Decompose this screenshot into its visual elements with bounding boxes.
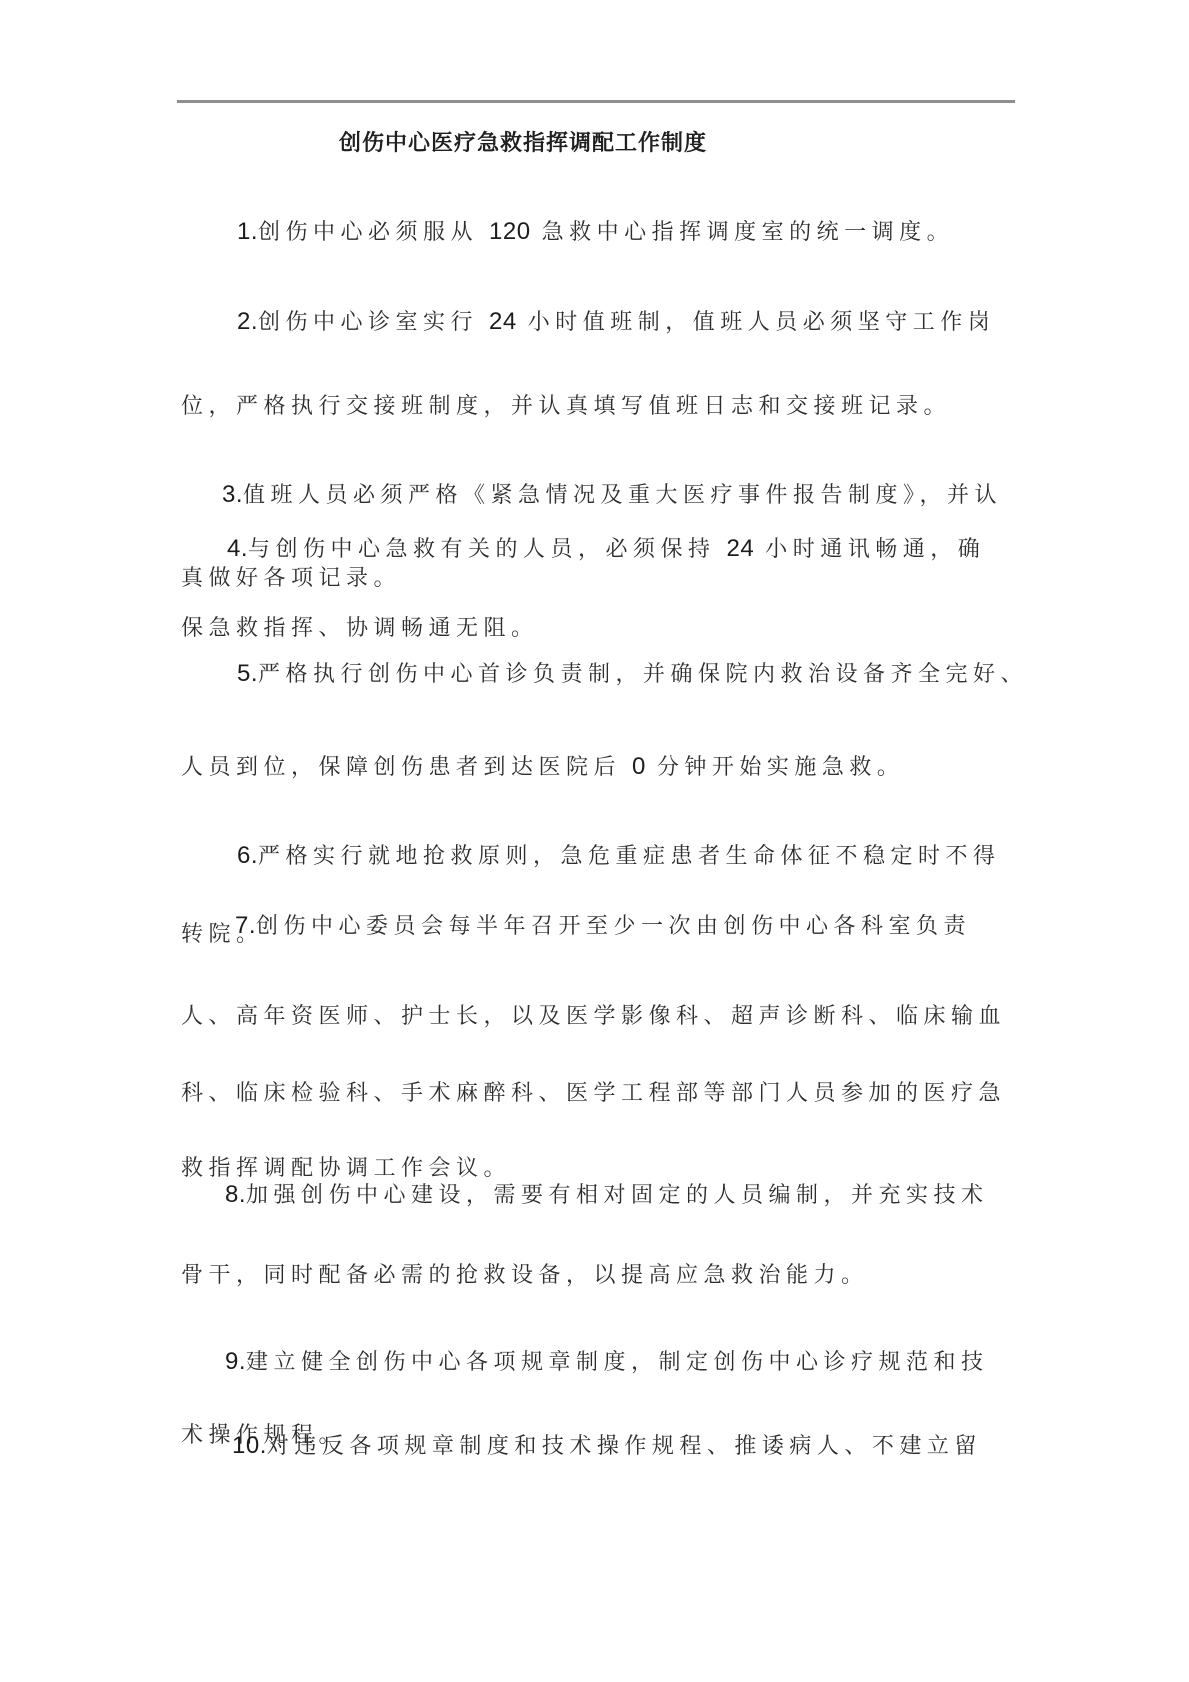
numeral-text: 24 (489, 308, 517, 335)
body-text: 值班人员必须严格《紧急情况及重大医疗事件报告制度》，并认 (243, 482, 1002, 507)
body-text: 骨干，同时配备必需的抢救设备，以提高应急救治能力。 (181, 1262, 869, 1287)
numeral-text: 5. (237, 660, 258, 687)
body-text: 科、临床检验科、手术麻醉科、医学工程部等部门人员参加的医疗急 (181, 1080, 1006, 1105)
body-text: 急救中心指挥调度室的统一调度。 (531, 219, 955, 244)
item-2-line-2: 位，严格执行交接班制度，并认真填写值班日志和交接班记录。 (181, 393, 951, 418)
item-7-line-3: 科、临床检验科、手术麻醉科、医学工程部等部门人员参加的医疗急 (181, 1080, 1006, 1105)
body-text: 位，严格执行交接班制度，并认真填写值班日志和交接班记录。 (181, 393, 951, 418)
numeral-text: 4. (227, 535, 248, 562)
item-5-line-2: 人员到位，保障创伤患者到达医院后 0 分钟开始实施急救。 (181, 753, 904, 781)
item-5-line-1: 5.严格执行创伤中心首诊负责制，并确保院内救治设备齐全完好、 (237, 660, 1028, 688)
item-9-line-1: 9.建立健全创伤中心各项规章制度，制定创伤中心诊疗规范和技 (225, 1348, 989, 1376)
numeral-text: 6. (237, 842, 258, 869)
numeral-text: 7. (235, 912, 256, 939)
numeral-text: 120 (489, 218, 531, 245)
header-divider-rule (177, 100, 1015, 103)
item-7-line-1: 7.创伤中心委员会每半年召开至少一次由创伤中心各科室负责 (235, 912, 971, 940)
item-8-line-1: 8.加强创伤中心建设，需要有相对固定的人员编制，并充实技术 (225, 1181, 989, 1209)
item-7-line-4: 救指挥调配协调工作会议。 (181, 1155, 511, 1180)
document-title: 创伤中心医疗急救指挥调配工作制度 (339, 130, 707, 156)
document-page: 创伤中心医疗急救指挥调配工作制度 1.创伤中心必须服从 120 急救中心指挥调度… (0, 0, 1189, 1682)
item-3-line-2: 真做好各项记录。 (181, 565, 401, 590)
body-text: 严格实行就地抢救原则，急危重症患者生命体征不稳定时不得 (258, 843, 1001, 868)
body-text: 真做好各项记录。 (181, 565, 401, 590)
item-4-line-2: 保急救指挥、协调畅通无阻。 (181, 615, 539, 640)
item-7-line-2: 人、高年资医师、护士长，以及医学影像科、超声诊断科、临床输血 (181, 1003, 1006, 1028)
numeral-text: 1. (237, 218, 258, 245)
numeral-text: 3. (222, 481, 243, 508)
body-text: 建立健全创伤中心各项规章制度，制定创伤中心诊疗规范和技 (246, 1349, 989, 1374)
numeral-text: 10. (232, 1432, 267, 1459)
item-1-line: 1.创伤中心必须服从 120 急救中心指挥调度室的统一调度。 (237, 218, 954, 246)
body-text: 加强创伤中心建设，需要有相对固定的人员编制，并充实技术 (246, 1182, 989, 1207)
item-2-line-1: 2.创伤中心诊室实行 24 小时值班制，值班人员必须坚守工作岗 (237, 308, 995, 336)
body-text: 对违反各项规章制度和技术操作规程、推诿病人、不建立留 (267, 1433, 982, 1458)
numeral-text: 8. (225, 1181, 246, 1208)
body-text: 创伤中心诊室实行 (258, 309, 489, 334)
numeral-text: 9. (225, 1348, 246, 1375)
numeral-text: 2. (237, 308, 258, 335)
body-text: 创伤中心必须服从 (258, 219, 489, 244)
body-text: 人、高年资医师、护士长，以及医学影像科、超声诊断科、临床输血 (181, 1003, 1006, 1028)
item-6-line-1: 6.严格实行就地抢救原则，急危重症患者生命体征不稳定时不得 (237, 842, 1001, 870)
body-text: 严格执行创伤中心首诊负责制，并确保院内救治设备齐全完好、 (258, 661, 1028, 686)
item-3-line-1: 3.值班人员必须严格《紧急情况及重大医疗事件报告制度》，并认 (222, 481, 1002, 509)
item-4-line-1: 4.与创伤中心急救有关的人员，必须保持 24 小时通讯畅通，确 (227, 535, 985, 563)
body-text: 分钟开始实施急救。 (646, 754, 905, 779)
body-text: 救指挥调配协调工作会议。 (181, 1155, 511, 1180)
numeral-text: 24 (727, 535, 755, 562)
numeral-text: 0 (632, 753, 646, 780)
body-text: 小时值班制，值班人员必须坚守工作岗 (517, 309, 996, 334)
body-text: 创伤中心委员会每半年召开至少一次由创伤中心各科室负责 (256, 913, 971, 938)
body-text: 小时通讯畅通，确 (754, 536, 985, 561)
item-8-line-2: 骨干，同时配备必需的抢救设备，以提高应急救治能力。 (181, 1262, 869, 1287)
body-text: 人员到位，保障创伤患者到达医院后 (181, 754, 632, 779)
body-text: 保急救指挥、协调畅通无阻。 (181, 615, 539, 640)
item-10-line-1: 10.对违反各项规章制度和技术操作规程、推诿病人、不建立留 (232, 1432, 982, 1460)
body-text: 与创伤中心急救有关的人员，必须保持 (248, 536, 727, 561)
